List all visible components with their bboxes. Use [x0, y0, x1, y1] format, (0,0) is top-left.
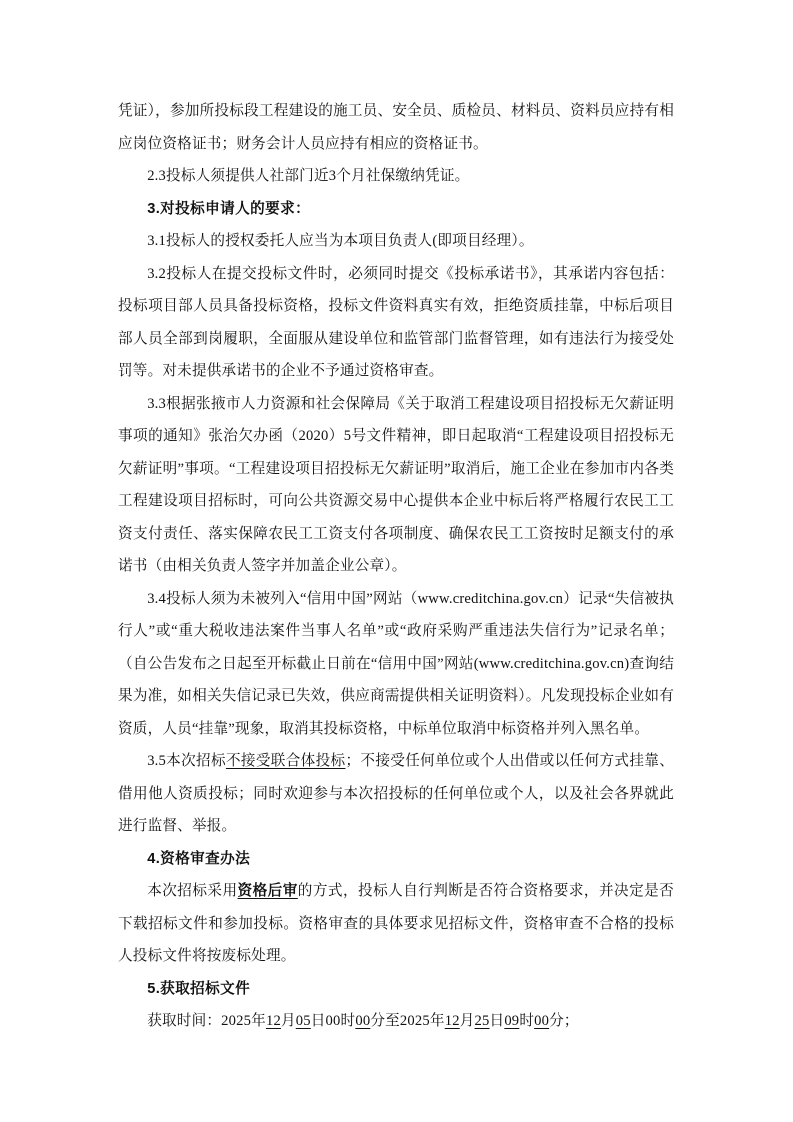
para-5-obtain-time: 获取时间：2025年12月05日00时00分至2025年12月25日09时00分…: [118, 1005, 674, 1038]
para-4-post-qualification: 本次招标采用资格后审的方式，投标人自行判断是否符合资格要求，并决定是否下载招标文…: [118, 875, 674, 973]
heading-5-obtain-documents: 5.获取招标文件: [118, 973, 674, 1006]
document-content: 凭证），参加所投标段工程建设的施工员、安全员、质检员、材料员、资料员应持有相应岗…: [118, 95, 674, 1038]
text-run: 月: [281, 1013, 296, 1029]
text-run: 本次招标采用: [147, 883, 237, 899]
text-run: 3.3根据张掖市人力资源和社会保障局《关于取消工程建设项目招投标无欠薪证明事项的…: [118, 396, 674, 575]
para-3-3-wage-arrears-certificate: 3.3根据张掖市人力资源和社会保障局《关于取消工程建设项目招投标无欠薪证明事项的…: [118, 388, 674, 583]
text-run: 获取时间：2025年: [147, 1013, 266, 1029]
text-run: 资格后审: [238, 883, 298, 899]
text-run: 12: [445, 1013, 460, 1029]
text-run: 分至2025年: [370, 1013, 444, 1029]
para-carryover-certificates: 凭证），参加所投标段工程建设的施工员、安全员、质检员、材料员、资料员应持有相应岗…: [118, 95, 674, 160]
text-run: 3.5本次招标: [147, 753, 226, 769]
text-run: 2.3投标人须提供人社部门近3个月社保缴纳凭证。: [147, 168, 469, 184]
text-run: 3.2投标人在提交投标文件时，必须同时提交《投标承诺书》，其承诺内容包括：投标项…: [118, 266, 674, 380]
text-run: 4.资格审查办法: [147, 851, 250, 867]
para-3-5-no-consortium: 3.5本次招标不接受联合体投标；不接受任何单位或个人出借或以任何方式挂靠、借用他…: [118, 745, 674, 843]
text-run: 00: [534, 1013, 549, 1029]
text-run: 3.1投标人的授权委托人应当为本项目负责人(即项目经理）。: [147, 233, 533, 249]
text-run: 凭证），参加所投标段工程建设的施工员、安全员、质检员、材料员、资料员应持有相应岗…: [118, 103, 674, 152]
text-run: 05: [296, 1013, 311, 1029]
text-run: 日00时: [311, 1013, 356, 1029]
para-3-1-authorized-agent: 3.1投标人的授权委托人应当为本项目负责人(即项目经理）。: [118, 225, 674, 258]
heading-3-bidder-requirements: 3.对投标申请人的要求：: [118, 193, 674, 226]
text-run: 时: [519, 1013, 534, 1029]
text-run: 3.对投标申请人的要求：: [147, 201, 310, 217]
text-run: 月: [460, 1013, 475, 1029]
text-run: 分；: [549, 1013, 579, 1029]
document-page: 凭证），参加所投标段工程建设的施工员、安全员、质检员、材料员、资料员应持有相应岗…: [0, 0, 793, 1122]
text-run: 5.获取招标文件: [147, 981, 250, 997]
text-run: 00: [355, 1013, 370, 1029]
text-run: 25: [475, 1013, 490, 1029]
para-3-2-bid-commitment: 3.2投标人在提交投标文件时，必须同时提交《投标承诺书》，其承诺内容包括：投标项…: [118, 258, 674, 388]
para-3-4-credit-china: 3.4投标人须为未被列入“信用中国”网站（www.creditchina.gov…: [118, 583, 674, 746]
text-run: 12: [266, 1013, 281, 1029]
text-run: 3.4投标人须为未被列入“信用中国”网站（www.creditchina.gov…: [118, 591, 674, 737]
heading-4-qualification-review: 4.资格审查办法: [118, 843, 674, 876]
text-run: 09: [504, 1013, 519, 1029]
para-2-3-social-security: 2.3投标人须提供人社部门近3个月社保缴纳凭证。: [118, 160, 674, 193]
text-run: 不接受联合体投标: [226, 753, 346, 769]
text-run: 日: [490, 1013, 505, 1029]
